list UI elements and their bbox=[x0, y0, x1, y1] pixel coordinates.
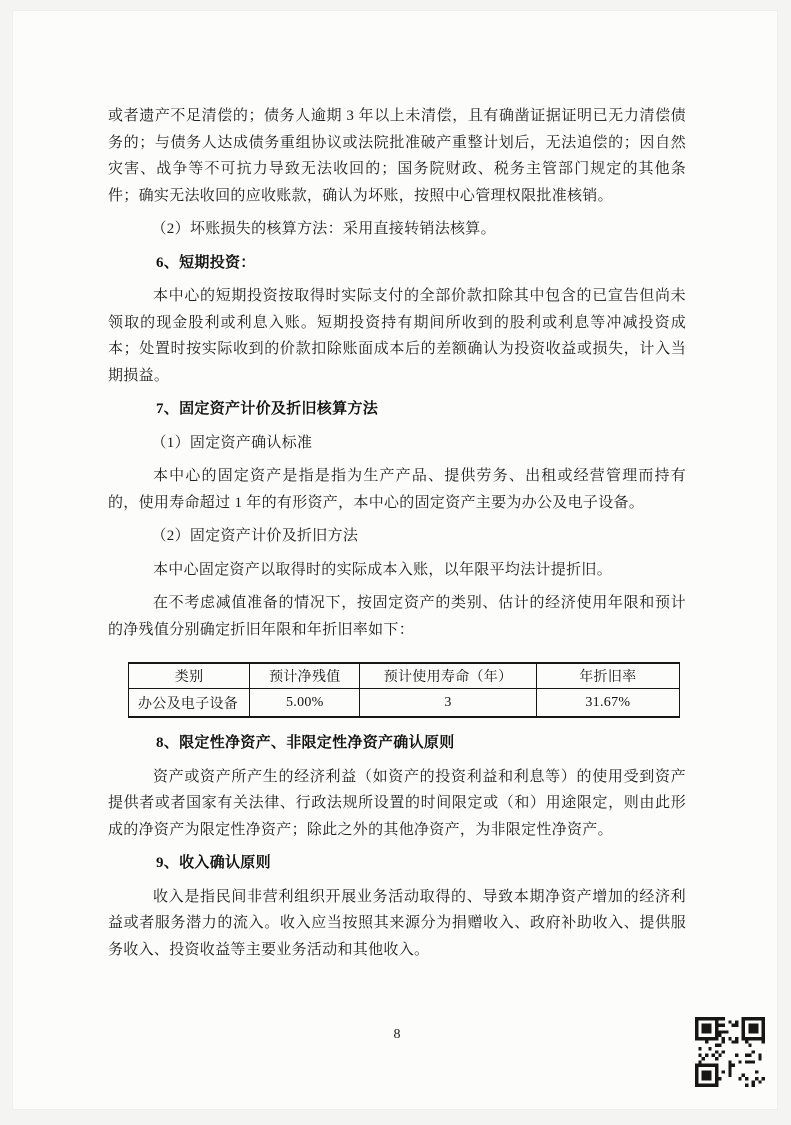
paragraph-fixed-asset-definition: 本中心的固定资产是指是指为生产产品、提供劳务、出租或经营管理而持有的，使用寿命超… bbox=[108, 463, 686, 516]
paragraph-depreciation-intro: 在不考虑减值准备的情况下，按固定资产的类别、估计的经济使用年限和预计的净残值分别… bbox=[108, 590, 686, 643]
scanned-document-page: { "content": { "blocks": [ {"type":"body… bbox=[0, 0, 791, 1125]
paragraph-bad-debt-conditions: 或者遗产不足清偿的；债务人逾期 3 年以上未清偿，且有确凿证据证明已无力清偿债务… bbox=[108, 103, 686, 209]
document-body: 或者遗产不足清偿的；债务人逾期 3 年以上未清偿，且有确凿证据证明已无力清偿债务… bbox=[108, 103, 686, 970]
table-cell-annual-rate: 31.67% bbox=[536, 689, 679, 718]
subsection-fixed-asset-valuation: （2）固定资产计价及折旧方法 bbox=[108, 523, 686, 550]
table-header-useful-life: 预计使用寿命（年） bbox=[360, 663, 536, 689]
qr-code-icon bbox=[695, 1015, 765, 1089]
table-header-category: 类别 bbox=[129, 663, 250, 689]
table-cell-residual-value: 5.00% bbox=[250, 689, 360, 718]
table-cell-useful-life: 3 bbox=[360, 689, 536, 718]
document-page: 或者遗产不足清偿的；债务人逾期 3 年以上未清偿，且有确凿证据证明已无力清偿债务… bbox=[12, 10, 778, 1110]
section-heading-9-revenue-recognition: 9、收入确认原则 bbox=[108, 850, 686, 877]
table-cell-category: 办公及电子设备 bbox=[129, 689, 250, 718]
section-heading-8-net-assets: 8、限定性净资产、非限定性净资产确认原则 bbox=[108, 730, 686, 757]
paragraph-short-term-investments: 本中心的短期投资按取得时实际支付的全部价款扣除其中包含的已宣告但尚未领取的现金股… bbox=[108, 283, 686, 389]
section-heading-6-short-term-investments: 6、短期投资： bbox=[108, 250, 686, 277]
depreciation-table: 类别 预计净残值 预计使用寿命（年） 年折旧率 办公及电子设备 5.00% 3 … bbox=[128, 662, 680, 718]
paragraph-restricted-net-assets: 资产或资产所产生的经济利益（如资产的投资利益和利息等）的使用受到资产提供者或者国… bbox=[108, 764, 686, 844]
table-header-residual-value: 预计净残值 bbox=[250, 663, 360, 689]
paragraph-fixed-asset-cost: 本中心固定资产以取得时的实际成本入账，以年限平均法计提折旧。 bbox=[108, 557, 686, 584]
paragraph-revenue-recognition: 收入是指民间非营利组织开展业务活动取得的、导致本期净资产增加的经济利益或者服务潜… bbox=[108, 884, 686, 964]
table-row: 办公及电子设备 5.00% 3 31.67% bbox=[129, 689, 680, 718]
table-header-row: 类别 预计净残值 预计使用寿命（年） 年折旧率 bbox=[129, 663, 680, 689]
subsection-bad-debt-method: （2）坏账损失的核算方法：采用直接转销法核算。 bbox=[108, 216, 686, 243]
table-header-annual-rate: 年折旧率 bbox=[536, 663, 679, 689]
section-heading-7-fixed-assets: 7、固定资产计价及折旧核算方法 bbox=[108, 396, 686, 423]
page-number: 8 bbox=[108, 1027, 686, 1043]
subsection-fixed-asset-recognition: （1）固定资产确认标准 bbox=[108, 430, 686, 457]
